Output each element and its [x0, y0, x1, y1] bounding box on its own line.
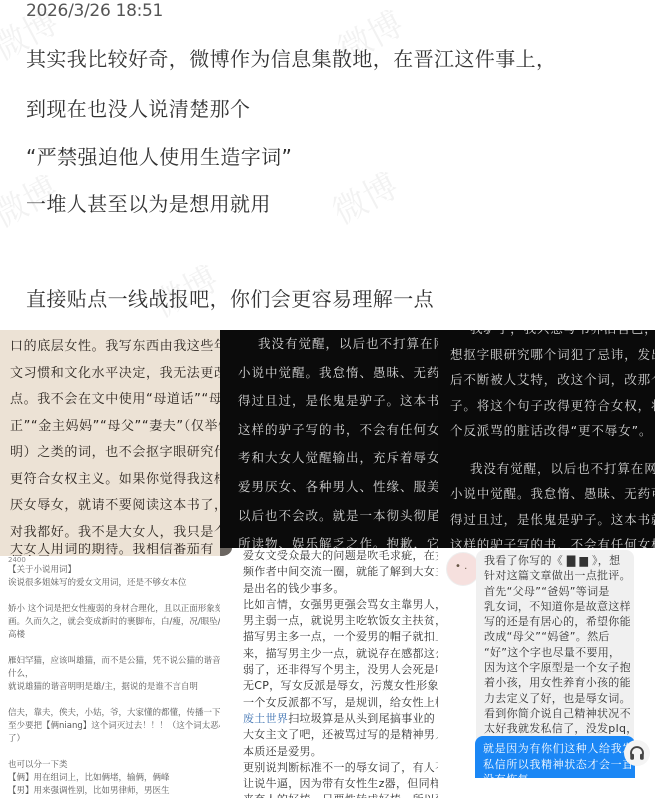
text-line: 力去定义了好，也是辱女词。 — [484, 691, 630, 706]
text-line: 考和大女人觉醒输出，充斥着辱女词、 — [220, 444, 438, 473]
text-line: 也可以分一下类 — [0, 759, 220, 772]
weibo-watermark: 微博 — [322, 159, 405, 234]
outgoing-message-bubble: 就是因为有你们这种人给我发 私信所以我精神状态才会一直 没有恢复 — [475, 736, 635, 778]
text-line: 更符合女权主义。如果你觉得我这样写是 — [0, 467, 220, 494]
text-line: 大女主文了吧，还被骂过写的是精神男人， — [220, 727, 438, 743]
text-line: 就说雄猫的谐音明明是雄/主，据说的是谁不言自明 — [0, 681, 220, 694]
text-line: 【男】用来强调性别，比如男律师，男医生 — [0, 785, 220, 798]
text-line: 来，描写男主少一点，就说存在感都这么 — [220, 646, 438, 662]
post-line: 到现在也没人说清楚那个 — [26, 95, 250, 123]
link-suffix: 扫垃圾算是从头到尾搞事业的 — [288, 712, 435, 725]
image-grid: 口的底层女性。我写东西由我这些年的行 文习惯和文化水平决定，我无法更改这一 点。… — [0, 330, 655, 800]
text-line: 所读物、娱乐解乏之作。抱歉，它不能 — [220, 530, 438, 548]
text-line: 更别说判断标准不一的辱女词了，有人不 — [220, 760, 438, 776]
text-line: 首先“父母”“爸妈”等词是 — [484, 584, 630, 599]
post-line: 直接贴点一线战报吧，你们会更容易理解一点 — [26, 285, 434, 313]
char-count: 2400 — [0, 556, 220, 564]
image-word-list-note[interactable]: 大女人用词的期待。我相信番茄有很多用 2400 【关于小说用词】 诶说很多姐妹写… — [0, 543, 220, 800]
text-line: 【俩】用在组词上，比如俩堵，输俩，俩峰 — [0, 772, 220, 785]
text-line: 得过且过，是伥鬼是驴子。这本书就是 — [438, 507, 655, 533]
text-line: 子。将这个句子改得更符合女权，将那 — [438, 393, 655, 419]
text-line: 是出名的钱少事多。 — [220, 581, 438, 597]
text-line: 这样的驴子写的书，不会有任何女权思 — [438, 532, 655, 548]
text-line: 我驴子，我只想写书养活自己，不 — [438, 330, 655, 342]
image-author-statement-dark-2[interactable]: 我驴子，我只想写书养活自己，不 想抠字眼研究哪个词犯了忌讳，发出文 后不断被人艾… — [438, 330, 655, 548]
text-line: 让说牛逼，因为带有女性生z器，但同样用 — [220, 776, 438, 792]
text-line: 文习惯和文化水平决定，我无法更改这一 — [0, 361, 220, 388]
text-line: 无CP，写女反派是辱女，污蔑女性形象， — [220, 678, 438, 694]
text-line: 想抠字眼研究哪个词犯了忌讳，发出文 — [438, 342, 655, 368]
image-novel-notice-parchment[interactable]: 口的底层女性。我写东西由我这些年的行 文习惯和文化水平决定，我无法更改这一 点。… — [0, 330, 220, 548]
image-comment-screenshot[interactable]: 爱女文受众最大的问题是吹毛求疵，在女 频作者中间交流一圈，就能了解到大女主 是出… — [220, 548, 438, 800]
text-line: 娇小 这个词是把女性瘦弱的身材合理化，且以正面形象刻 — [0, 603, 220, 616]
text-line: 描写男主多一点，一个爱男的帽子就扣上 — [220, 629, 438, 645]
text-line: 小说中觉醒。我怠惰、愚昧、无药可救、 — [438, 481, 655, 507]
sender-avatar — [446, 552, 480, 586]
text-line: 太好我就发私信了，没发plq， — [484, 721, 630, 736]
text-line: 小说中觉醒。我怠惰、愚昧、无药可救、 — [220, 359, 438, 388]
text-line: 写的还是有居心的，希望你能 — [484, 614, 630, 629]
text-line: 频作者中间交流一圈，就能了解到大女主 — [220, 564, 438, 580]
text-line: 我看了你写的《 ▇ ▆ 》，想 — [484, 553, 630, 568]
text-line: 着小孩，用女性养育小孩的能 — [484, 675, 630, 690]
text-line: 私信所以我精神状态才会一直 — [483, 757, 631, 773]
text-line: 比如言情，女强男更强会骂女主靠男人， — [220, 597, 438, 613]
text-line: 口的底层女性。我写东西由我这些年的行 — [0, 334, 220, 361]
text-line: 改成“母父”“妈爸”。然后 — [484, 629, 630, 644]
text-line: 【关于小说用词】 — [0, 564, 220, 577]
text-line: 乳女词，不知道你是故意这样 — [484, 599, 630, 614]
text-line: 信夫，靠夫，俟夫，小姑，爷，大家懂的都懂，传播一下。 — [0, 707, 220, 720]
text-line: 这样的驴子写的书，不会有任何女权思 — [220, 416, 438, 445]
text-line: 看到你简介说自己精神状况不 — [484, 706, 630, 721]
text-line: 大女人用词的期待。我相信番茄有很多用 — [0, 543, 220, 556]
text-line: 厌女辱女，就请不要阅读这本书了，对你 — [0, 493, 220, 520]
incoming-message-bubble: 我看了你写的《 ▇ ▆ 》，想 针对这篇文章做出一点批评。 首先“父母”“爸妈”… — [476, 550, 634, 758]
post-line: 其实我比较好奇，微博作为信息集散地，在晋江这件事上， — [26, 45, 556, 73]
text-line: 后不断被人艾特，改这个词，改那个句 — [438, 367, 655, 393]
text-line: “好”这个字也尽量不要用， — [484, 645, 630, 660]
image-private-message-screenshot[interactable]: 我看了你写的《 ▇ ▆ 》，想 针对这篇文章做出一点批评。 首先“父母”“爸妈”… — [438, 548, 655, 800]
text-line: 正”“金主妈妈”“母父”“妻夫”（仅举例说 — [0, 414, 220, 441]
text-line: 画。久而久之，就会变成新时的裹脚布，白/瘦，况/眼坠/ — [0, 616, 220, 629]
text-line: 我没有觉醒，以后也不打算在网络 — [220, 330, 438, 359]
text-line: 针对这篇文章做出一点批评。 — [484, 568, 630, 583]
text-line: 什么， — [0, 668, 220, 681]
text-line: 没有恢复 — [483, 772, 631, 778]
text-line: 得过且过，是伥鬼是驴子。这本书就是 — [220, 387, 438, 416]
post-line: “严禁强迫他人使用生造字词” — [26, 143, 292, 171]
text-line: 以后也不会改。就是一本彻头彻尾的厕 — [220, 502, 438, 531]
book-link[interactable]: 废土世界 — [243, 712, 288, 725]
text-line: 就是因为有你们这种人给我发 — [483, 741, 631, 757]
text-line: 因为这个字原型是一个女子抱 — [484, 660, 630, 675]
image-author-statement-dark[interactable]: 我没有觉醒，以后也不打算在网络 小说中觉醒。我怠惰、愚昧、无药可救、 得过且过，… — [220, 330, 438, 548]
headphone-avatar-icon — [624, 740, 650, 766]
post-line: 一堆人甚至以为是想用就用 — [26, 190, 271, 218]
text-line: 弱了，还非得写个男主，没男人会死是吧？ — [220, 662, 438, 678]
text-line-cut: 来夸人的好棒，只要性转成好棒，所以到 — [220, 792, 438, 798]
text-line: 至少要把【俩niang】这个词灭过去！！！（这个词太恶心 — [0, 720, 220, 733]
text-line-with-link: 废土世界扫垃圾算是从头到尾搞事业的 — [220, 711, 438, 727]
text-line: 了） — [0, 733, 220, 746]
text-line: 一个女反派都不写，是规训，给女性上枷锁。 — [220, 695, 438, 711]
text-line: 雁妇罕猫，应该叫雄猫，而不是公猫，凭不说公猫的谐音是 — [0, 655, 220, 668]
text-line: 点。我不会在文中使用“母道话”“母平母 — [0, 387, 220, 414]
text-line: 明）之类的词，也不会抠字眼研究什么词 — [0, 440, 220, 467]
text-line: 本质还是爱男。 — [220, 744, 438, 760]
text-line: 男主弱一点，就说男主吃软饭女主扶贫， — [220, 613, 438, 629]
text-line: 爱女文受众最大的问题是吹毛求疵，在女 — [220, 548, 438, 564]
post-timestamp: 2026/3/26 18:51 — [26, 0, 163, 22]
text-line: 高楼 — [0, 629, 220, 642]
text-line: 个反派骂的脏话改得“更不辱女”。 — [438, 418, 655, 444]
text-line: 我没有觉醒，以后也不打算在网络 — [438, 456, 655, 482]
text-line: 爱男厌女、各种男人、性缘、服美役， — [220, 473, 438, 502]
text-line: 诶说很多姐妹写的爱女文用词，还是不够女本位 — [0, 577, 220, 590]
